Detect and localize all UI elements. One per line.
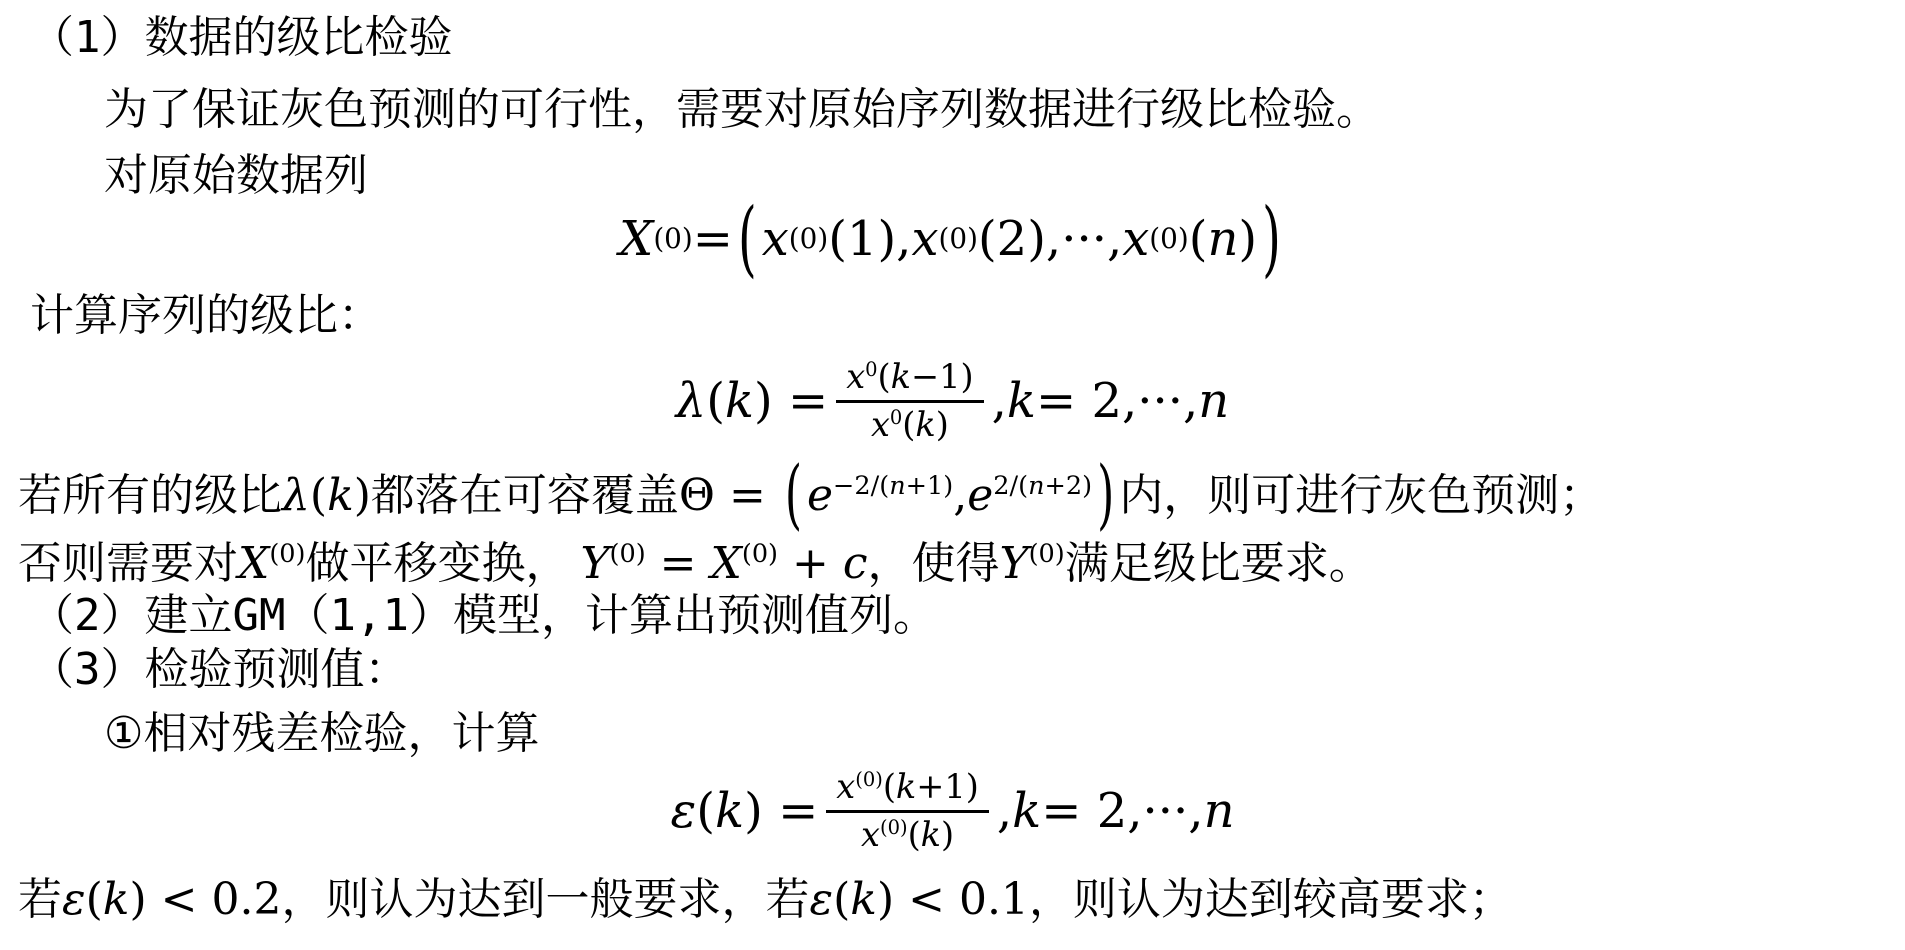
- document-page: （1）数据的级比检验 为了保证灰色预测的可行性，需要对原始序列数据进行级比检验。…: [0, 0, 1905, 950]
- para-residual-thresholds: 若ε(k) < 0.2，则认为达到一般要求，若ε(k) < 0.1，则认为达到较…: [18, 872, 1513, 928]
- fraction: x(0)(k+1)x(0)(k): [826, 767, 989, 855]
- formula-lambda-ratio: λ(k) = x0(k−1)x0(k), k = 2,···,n: [0, 342, 1905, 460]
- para-feasibility: 为了保证灰色预测的可行性，需要对原始序列数据进行级比检验。: [104, 82, 1380, 138]
- formula-original-sequence: X(0) = (x(0)(1),x(0)(2),···,x(0)(n)): [0, 183, 1905, 295]
- para-compute-ratio: 计算序列的级比：: [30, 288, 382, 344]
- formula-epsilon-residual: ε(k) = x(0)(k+1)x(0)(k), k = 2,···,n: [0, 752, 1905, 870]
- step-2-gm-model: （2）建立GM（1,1）模型，计算出预测值列。: [30, 588, 937, 644]
- para-translation-transform: 否则需要对X(0)做平移变换， Y(0) = X(0) + c，使得Y(0)满足…: [18, 526, 1373, 592]
- fraction: x0(k−1)x0(k): [836, 357, 983, 445]
- para-coverage-condition: 若所有的级比λ(k)都落在可容覆盖Θ = (e−2/(n+1),e2/(n+2)…: [18, 458, 1603, 524]
- step-1-heading: （1）数据的级比检验: [30, 10, 453, 66]
- step-3-check-heading: （3）检验预测值：: [30, 642, 409, 698]
